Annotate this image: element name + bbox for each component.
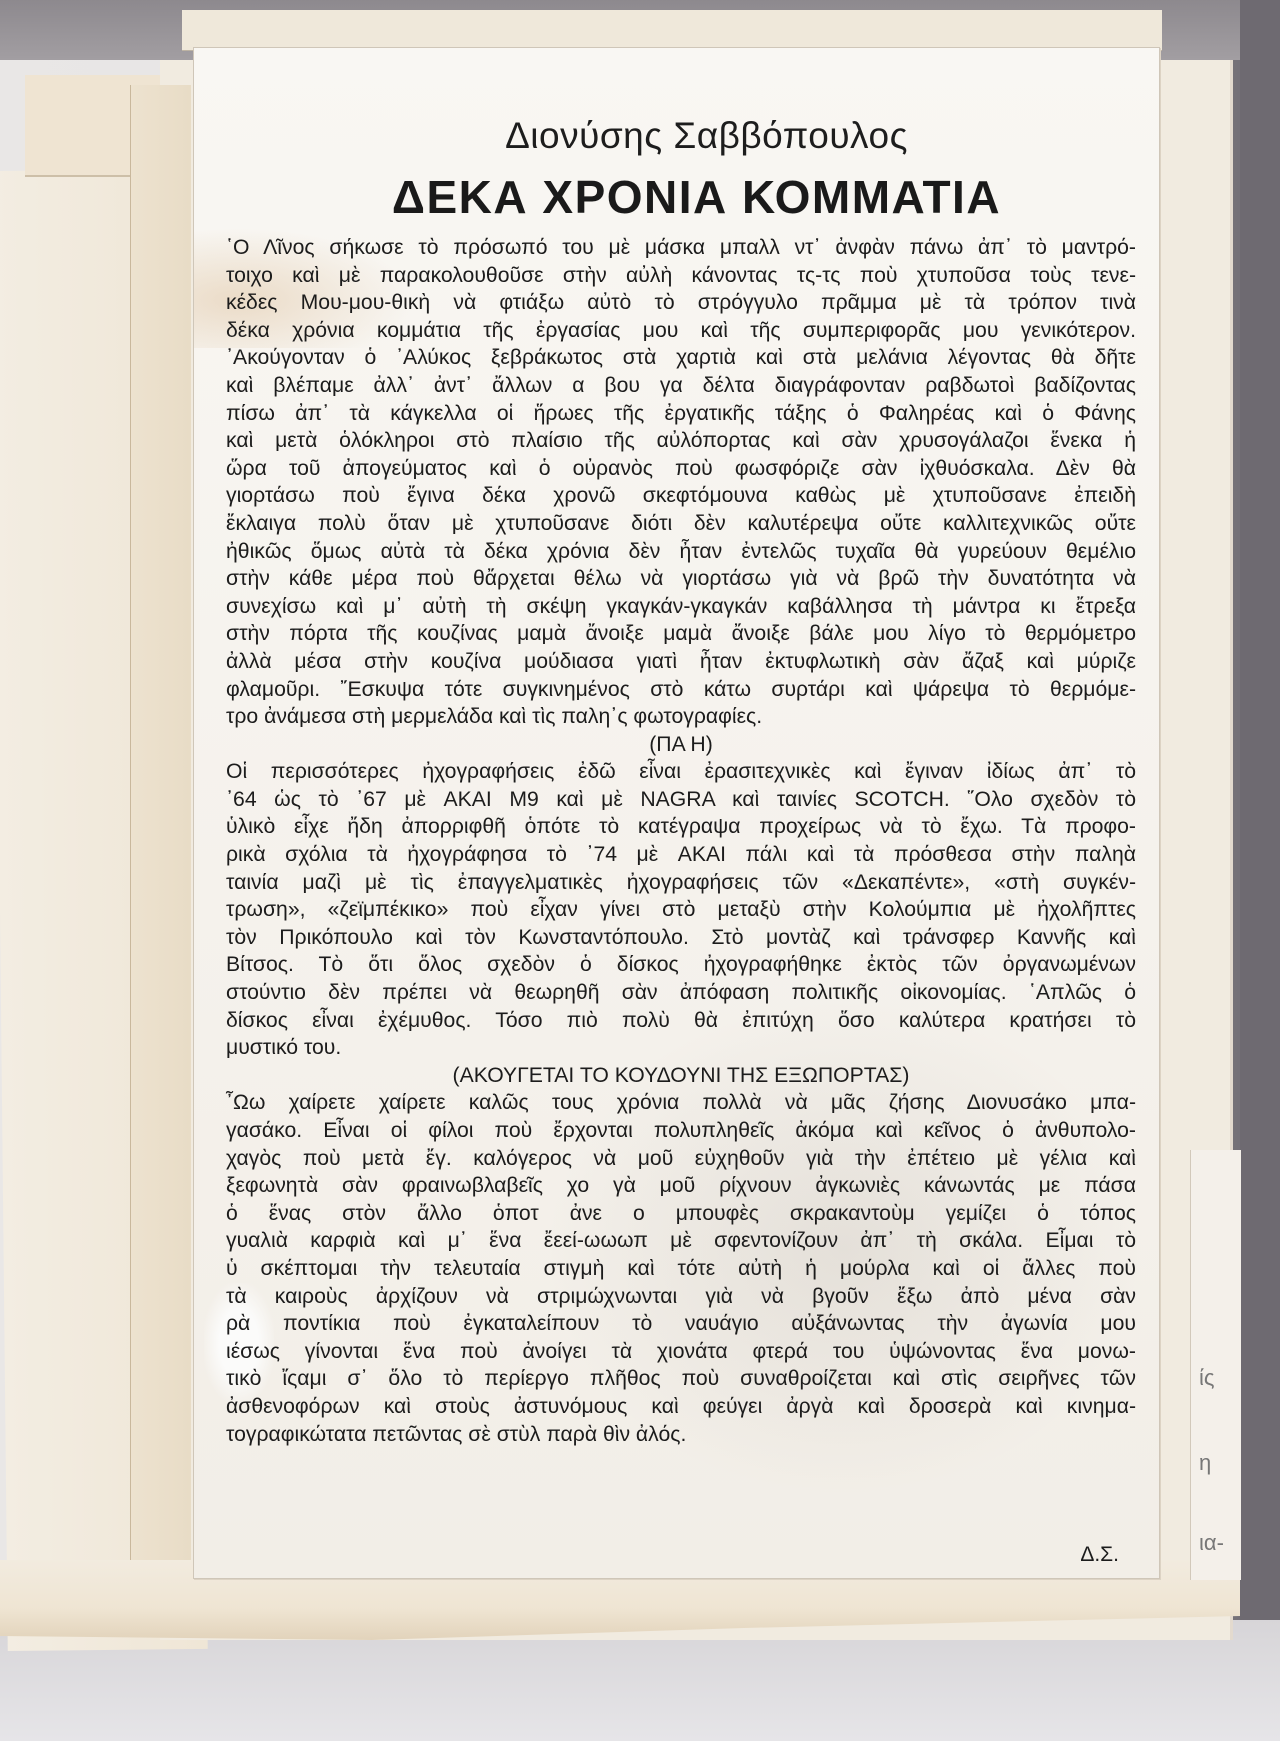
body-text-line: ῏Ωω χαίρετε χαίρετε καλῶς τους χρόνια πο… bbox=[226, 1089, 1136, 1117]
body-text-line: τρωση», «ζεϊμπέκικο» ποὺ εἶχαν γίνει στὸ… bbox=[226, 896, 1136, 924]
body-text-line: καὶ μετὰ ὁλόκληροι στὸ πλαίσιο τῆς αὐλόπ… bbox=[226, 427, 1136, 455]
body-text-line: γιορτάσω ποὺ ἔγινα δέκα χρονῶ σκεφτόμουν… bbox=[226, 482, 1136, 510]
body-text-line: τὰ καιροὺς ἀρχίζουν νὰ στριμώχνωνται γιὰ… bbox=[226, 1283, 1136, 1311]
document-title: ΔΕΚΑ ΧΡΟΝΙΑ ΚΟΜΜΑΤΙΑ bbox=[194, 170, 1159, 224]
body-text-line: τρο ἀνάμεσα στὴ μερμελάδα καὶ τὶς παλη᾽ς… bbox=[226, 703, 1136, 731]
body-text-line: μυστικό του. bbox=[226, 1034, 1136, 1062]
body-text-line: καὶ βλέπαμε ἀλλ᾽ ἀντ᾽ ἄλλων α βου γα δέλ… bbox=[226, 372, 1136, 400]
section-heading: (ΑΚΟΥΓΕΤΑΙ ΤΟ ΚΟΥΔΟΥΝΙ ΤΗΣ ΕΞΩΠΟΡΤΑΣ) bbox=[226, 1062, 1136, 1090]
body-text-line: ρὰ ποντίκια ποὺ ἐγκαταλείπουν τὸ ναυάγιο… bbox=[226, 1310, 1136, 1338]
body-text-line: πίσω ἀπ᾽ τὰ κάγκελλα οἱ ἥρωες τῆς ἐργατι… bbox=[226, 400, 1136, 428]
body-text-line: τικὸ ἴςαμι σ᾽ ὅλο τὸ περίεργο πλῆθος ποὺ… bbox=[226, 1365, 1136, 1393]
body-text-line: συνεχίσω καὶ μ᾽ αὐτὴ τὴ σκέψη γκαγκάν-γκ… bbox=[226, 593, 1136, 621]
body-text-line: στὴν κάθε μέρα ποὺ θἄρχεται θέλω νὰ γιορ… bbox=[226, 565, 1136, 593]
body-text-line: ἔκλαιγα πολὺ ὅταν μὲ χτυποῦσανε διότι δὲ… bbox=[226, 510, 1136, 538]
backing-sheet-top-edge bbox=[182, 10, 1162, 51]
body-text-line: φλαμοῦρι. ῎Εσκυψα τότε συγκινημένος στὸ … bbox=[226, 676, 1136, 704]
signature: Δ.Σ. bbox=[1080, 1543, 1119, 1567]
body-text-line: Οἱ περισσότερες ἠχογραφήσεις ἐδῶ εἶναι ἐ… bbox=[226, 758, 1136, 786]
document-body: ῾Ο Λῖνος σήκωσε τὸ πρόσωπό του μὲ μάσκα … bbox=[226, 234, 1136, 1448]
body-text-line: ὑ σκέπτομαι τὴν τελευταία στιγμὴ καὶ τότ… bbox=[226, 1255, 1136, 1283]
underlying-page-fragment: ίς η ια- bbox=[1190, 1150, 1241, 1580]
body-text-line: ιέσως γίνονται ἕνα ποὺ ἀνοίγει τὰ χιονάτ… bbox=[226, 1338, 1136, 1366]
fragment-text: ίς bbox=[1199, 1365, 1215, 1391]
body-text-line: ἀσθενοφόρων καὶ στοὺς ἀστυνόμους καὶ φεύ… bbox=[226, 1393, 1136, 1421]
body-text-line: τὸν Πρικόπουλο καὶ τὸν Κωνσταντόπουλο. Σ… bbox=[226, 924, 1136, 952]
body-text-line: ταινία μαζὶ μὲ τὶς ἐπαγγελματικὲς ἠχογρα… bbox=[226, 869, 1136, 897]
body-text-line: ὥρα τοῦ ἀπογεύματος καὶ ὁ οὐρανὸς ποὺ φω… bbox=[226, 455, 1136, 483]
body-text-line: κέδες Μου-μου-θικὴ νὰ φτιάξω αὐτὸ τὸ στρ… bbox=[226, 289, 1136, 317]
section-heading: (ΠΑ Η) bbox=[226, 731, 1136, 759]
body-text-line: τογραφικώτατα πετῶντας σὲ στὺλ παρὰ θὶν … bbox=[226, 1421, 1136, 1449]
body-text-line: στὴν πόρτα τῆς κουζίνας μαμὰ ἄνοιξε μαμὰ… bbox=[226, 620, 1136, 648]
background-right bbox=[1240, 0, 1280, 1741]
body-text-line: δέκα χρόνια κομμάτια τῆς ἐργασίας μου κα… bbox=[226, 317, 1136, 345]
body-text-line: δίσκος εἶναι ἐχέμυθος. Τόσο πιὸ πολὺ θὰ … bbox=[226, 1007, 1136, 1035]
body-text-line: ἠθικῶς ὅμως αὐτὰ τὰ δέκα χρόνια δὲν ἦταν… bbox=[226, 538, 1136, 566]
body-text-line: Βίτσος. Τὸ ὅτι ὅλος σχεδὸν ὁ δίσκος ἠχογ… bbox=[226, 951, 1136, 979]
underlying-sheet-spine bbox=[130, 85, 191, 1635]
body-text-line: ἀλλὰ μέσα στὴν κουζίνα μούδιασα γιατὶ ἦτ… bbox=[226, 648, 1136, 676]
body-text-line: ᾽Ακούγονταν ὁ ᾽Αλύκος ξεβράκωτος στὰ χαρ… bbox=[226, 344, 1136, 372]
fragment-text: η bbox=[1199, 1450, 1211, 1476]
body-text-line: ρικὰ σχόλια τὰ ἠχογράφησα τὸ ᾽74 μὲ AKAI… bbox=[226, 841, 1136, 869]
fragment-text: ια- bbox=[1199, 1530, 1224, 1556]
body-text-line: γασάκο. Εἶναι οἱ φίλοι ποὺ ἔρχονται πολυ… bbox=[226, 1117, 1136, 1145]
body-text-line: ᾽64 ὡς τὸ ᾽67 μὲ AKAI M9 καὶ μὲ NAGRA κα… bbox=[226, 786, 1136, 814]
body-text-line: ῾Ο Λῖνος σήκωσε τὸ πρόσωπό του μὲ μάσκα … bbox=[226, 234, 1136, 262]
document-page: Διονύσης Σαββόπουλος ΔΕΚΑ ΧΡΟΝΙΑ ΚΟΜΜΑΤΙ… bbox=[193, 47, 1160, 1579]
body-text-line: στούντιο δὲν πρέπει νὰ θεωρηθῆ σὰν ἀπόφα… bbox=[226, 979, 1136, 1007]
body-text-line: τοιχο καὶ μὲ παρακολουθοῦσε στὴν αὐλὴ κά… bbox=[226, 262, 1136, 290]
body-text-line: ὁ ἕνας στὸν ἄλλο ὁποτ ἀνε ο μπουφὲς σκρα… bbox=[226, 1200, 1136, 1228]
body-text-line: ξεφωνητὰ σὰν φραινωβλαβεῖς χο γὰ μοῦ ρίχ… bbox=[226, 1172, 1136, 1200]
author-name: Διονύσης Σαββόπουλος bbox=[194, 115, 1159, 157]
body-text-line: χαγὸς ποὺ μετὰ ἔγ. καλόγερος νὰ μοῦ εὐχη… bbox=[226, 1145, 1136, 1173]
body-text-line: γυαλιὰ καρφιὰ καὶ μ᾽ ἕνα ἔεεί-ωωωπ μὲ σφ… bbox=[226, 1227, 1136, 1255]
body-text-line: ὑλικὸ εἶχε ἤδη ἀπορριφθῆ ὁπότε τὸ κατέγρ… bbox=[226, 813, 1136, 841]
